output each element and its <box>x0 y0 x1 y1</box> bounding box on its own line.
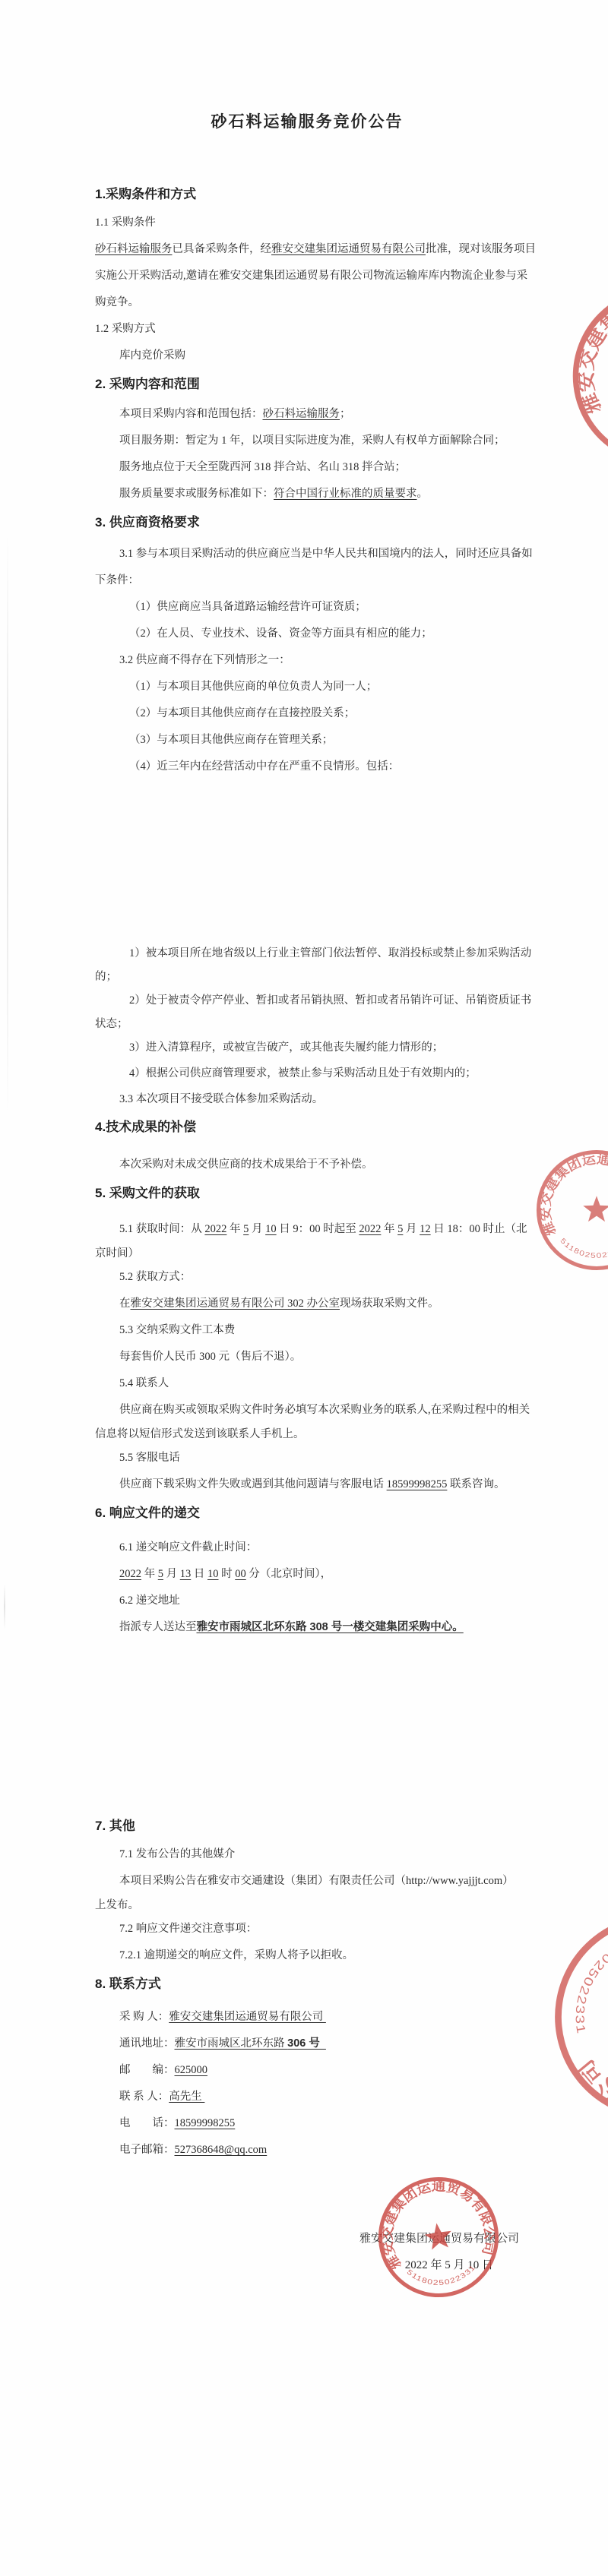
doc-line: 1）被本项目所在地省级以上行业主管部门依法暂停、取消投标或禁止参加采购活动 <box>95 940 519 966</box>
official-seal-stamp-top-right: 雅安交建集团运通贸易有限公司 5118025022331 <box>566 281 608 471</box>
doc-line: 京时间） <box>95 1243 519 1264</box>
section-heading: 5. 采购文件的获取 <box>95 1178 519 1209</box>
doc-line: 6.1 递交响应文件截止时间： <box>95 1535 519 1561</box>
doc-line: 信息将以短信形式发送到该联系人手机上。 <box>95 1424 519 1445</box>
doc-line: 供应商下载采购文件失败或遇到其他问题请与客服电话 18599998255 联系咨… <box>95 1471 519 1498</box>
doc-line: 联 系 人：高先生 <box>95 2084 519 2110</box>
doc-line: （2）与本项目其他供应商存在直接控股关系； <box>95 700 519 727</box>
document-page: 砂石料运输服务竞价公告1.采购条件和方式1.1 采购条件砂石料运输服务已具备采购… <box>0 0 608 2576</box>
seal-company-text: 雅安交建集团运通贸易有限公司 <box>566 1906 608 2154</box>
doc-line: 采 购 人：雅安交建集团运通贸易有限公司 <box>95 2004 519 2031</box>
doc-line: 服务地点位于天全至陇西河 318 拌合站、名山 318 拌合站； <box>95 454 519 481</box>
doc-line: 电 话：18599998255 <box>95 2110 519 2137</box>
section-heading: 8. 联系方式 <box>95 1969 519 1999</box>
doc-line: 1.1 采购条件 <box>95 210 519 236</box>
seal-company-text: 雅安交建集团运通贸易有限公司 <box>537 1151 608 1238</box>
doc-line: 3.1 参与本项目采购活动的供应商应当是中华人民共和国境内的法人，同时还应具备如 <box>95 541 519 567</box>
section-heading: 6. 响应文件的递交 <box>95 1498 519 1528</box>
section-heading: 7. 其他 <box>95 1811 519 1841</box>
doc-line: 本项目采购内容和范围包括：砂石料运输服务； <box>95 401 519 428</box>
doc-line: 指派专人送达至雅安市雨城区北环东路 308 号一楼交建集团采购中心。 <box>95 1614 519 1641</box>
seal-company-text: 雅安交建集团运通贸易有限公司 <box>574 289 608 417</box>
doc-line: 电子邮箱：527368648@qq.com <box>95 2137 519 2164</box>
doc-line: （2）在人员、专业技术、设备、资金等方面具有相应的能力； <box>95 621 519 647</box>
doc-line: 每套售价人民币 300 元（售后不退）。 <box>95 1344 519 1370</box>
doc-line: 本项目采购公告在雅安市交通建设（集团）有限责任公司（http://www.yaj… <box>95 1868 519 1895</box>
doc-line: 5.5 客服电话 <box>95 1445 519 1471</box>
doc-line: 邮 编：625000 <box>95 2057 519 2084</box>
seal-serial-number: 5118025022331 <box>559 1237 608 1260</box>
page-gap <box>95 1641 519 1811</box>
document-body: 砂石料运输服务竞价公告1.采购条件和方式1.1 采购条件砂石料运输服务已具备采购… <box>95 0 519 2279</box>
doc-line: 的； <box>95 966 519 988</box>
doc-line: 供应商在购买或领取采购文件时务必填写本次采购业务的联系人,在采购过程中的相关 <box>95 1397 519 1424</box>
svg-text:5118025022331: 5118025022331 <box>559 1237 608 1260</box>
doc-line: 2）处于被责令停产停业、暂扣或者吊销执照、暂扣或者吊销许可证、吊销资质证书 <box>95 988 519 1013</box>
official-seal-stamp-middle-right: 雅安交建集团运通贸易有限公司 5118025022331 <box>532 1146 608 1275</box>
doc-line: 1.2 采购方式 <box>95 316 519 343</box>
doc-line: 5.3 交纳采购文件工本费 <box>95 1317 519 1344</box>
doc-line: 库内竞价采购 <box>95 343 519 369</box>
doc-line: 3.2 供应商不得存在下列情形之一： <box>95 647 519 674</box>
doc-line: （3）与本项目其他供应商存在管理关系； <box>95 727 519 754</box>
section-heading: 1.采购条件和方式 <box>95 179 519 210</box>
official-seal-stamp-lower-right: 雅安交建集团运通贸易有限公司 5118025022331 <box>507 1866 608 2167</box>
doc-line: 实施公开采购活动,邀请在雅安交建集团运通贸易有限公司物流运输库库内物流企业参与采 <box>95 263 519 289</box>
doc-line: 4）根据公司供应商管理要求，被禁止参与采购活动且处于有效期内的； <box>95 1060 519 1086</box>
page-gap <box>95 780 519 940</box>
doc-line: 7.1 发布公告的其他媒介 <box>95 1841 519 1868</box>
svg-text:5118025022331: 5118025022331 <box>555 1918 608 2044</box>
doc-line: （1）与本项目其他供应商的单位负责人为同一人； <box>95 674 519 700</box>
doc-line: 在雅安交建集团运通贸易有限公司 302 办公室现场获取采购文件。 <box>95 1291 519 1317</box>
signature-line: 2022 年 5 月 10 日 <box>95 2252 519 2279</box>
doc-line: 6.2 递交地址 <box>95 1588 519 1614</box>
doc-line: 3.3 本次项目不接受联合体参加采购活动。 <box>95 1086 519 1112</box>
doc-line: 2022 年 5 月 13 日 10 时 00 分（北京时间）， <box>95 1561 519 1588</box>
seal-serial-number: 5118025022331 <box>555 1918 608 2044</box>
doc-line: 7.2.1 逾期递交的响应文件，采购人将予以拒收。 <box>95 1942 519 1969</box>
doc-line: 5.2 获取方式： <box>95 1264 519 1291</box>
doc-line: 购竞争。 <box>95 289 519 316</box>
doc-line: 7.2 响应文件递交注意事项： <box>95 1916 519 1942</box>
doc-line: （4）近三年内在经营活动中存在严重不良情形。包括： <box>95 754 519 780</box>
svg-text:雅安交建集团运通贸易有限公司: 雅安交建集团运通贸易有限公司 <box>537 1151 608 1238</box>
doc-line: 本次采购对未成交供应商的技术成果给于不予补偿。 <box>95 1152 519 1178</box>
svg-text:雅安交建集团运通贸易有限公司: 雅安交建集团运通贸易有限公司 <box>574 289 608 417</box>
doc-line: 砂石料运输服务已具备采购条件，经雅安交建集团运通贸易有限公司批准，现对该服务项目 <box>95 236 519 263</box>
scan-artifact <box>4 1584 5 1629</box>
doc-line: 项目服务期：暂定为 1 年，以项目实际进度为准，采购人有权单方面解除合同； <box>95 428 519 454</box>
doc-line: （1）供应商应当具备道路运输经营许可证资质； <box>95 594 519 621</box>
section-heading: 3. 供应商资格要求 <box>95 507 519 538</box>
doc-line: 5.4 联系人 <box>95 1370 519 1397</box>
section-heading: 4.技术成果的补偿 <box>95 1112 519 1143</box>
scan-artifact <box>7 532 8 1117</box>
doc-title: 砂石料运输服务竞价公告 <box>95 109 519 136</box>
doc-line: 通讯地址：雅安市雨城区北环东路 306 号 <box>95 2031 519 2057</box>
section-heading: 2. 采购内容和范围 <box>95 369 519 400</box>
doc-line: 下条件： <box>95 567 519 594</box>
doc-line: 5.1 获取时间：从 2022 年 5 月 10 日 9：00 时起至 2022… <box>95 1216 519 1243</box>
doc-line: 状态； <box>95 1013 519 1035</box>
doc-line: 上发布。 <box>95 1895 519 1916</box>
svg-text:雅安交建集团运通贸易有限公司: 雅安交建集团运通贸易有限公司 <box>566 1906 608 2154</box>
signature-line: 雅安交建集团运通贸易有限公司 <box>95 2226 519 2252</box>
doc-line: 服务质量要求或服务标准如下：符合中国行业标准的质量要求。 <box>95 481 519 507</box>
doc-line: 3）进入清算程序，或被宣告破产，或其他丧失履约能力情形的； <box>95 1035 519 1060</box>
